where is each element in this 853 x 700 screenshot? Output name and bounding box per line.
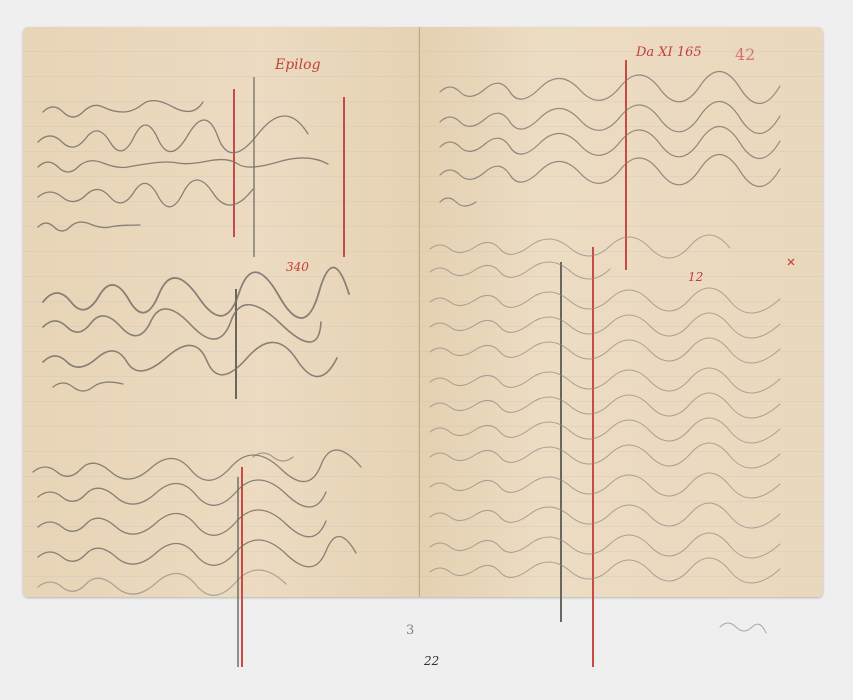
pencil-mark: 3 — [406, 623, 414, 638]
handwriting-right — [420, 27, 823, 597]
handwriting-left — [23, 27, 420, 597]
left-page: Epilog 340 3 — [23, 27, 420, 597]
footer-page-number: 22 — [424, 654, 439, 668]
right-page: Da XI 165 42 12 22 — [420, 27, 823, 597]
